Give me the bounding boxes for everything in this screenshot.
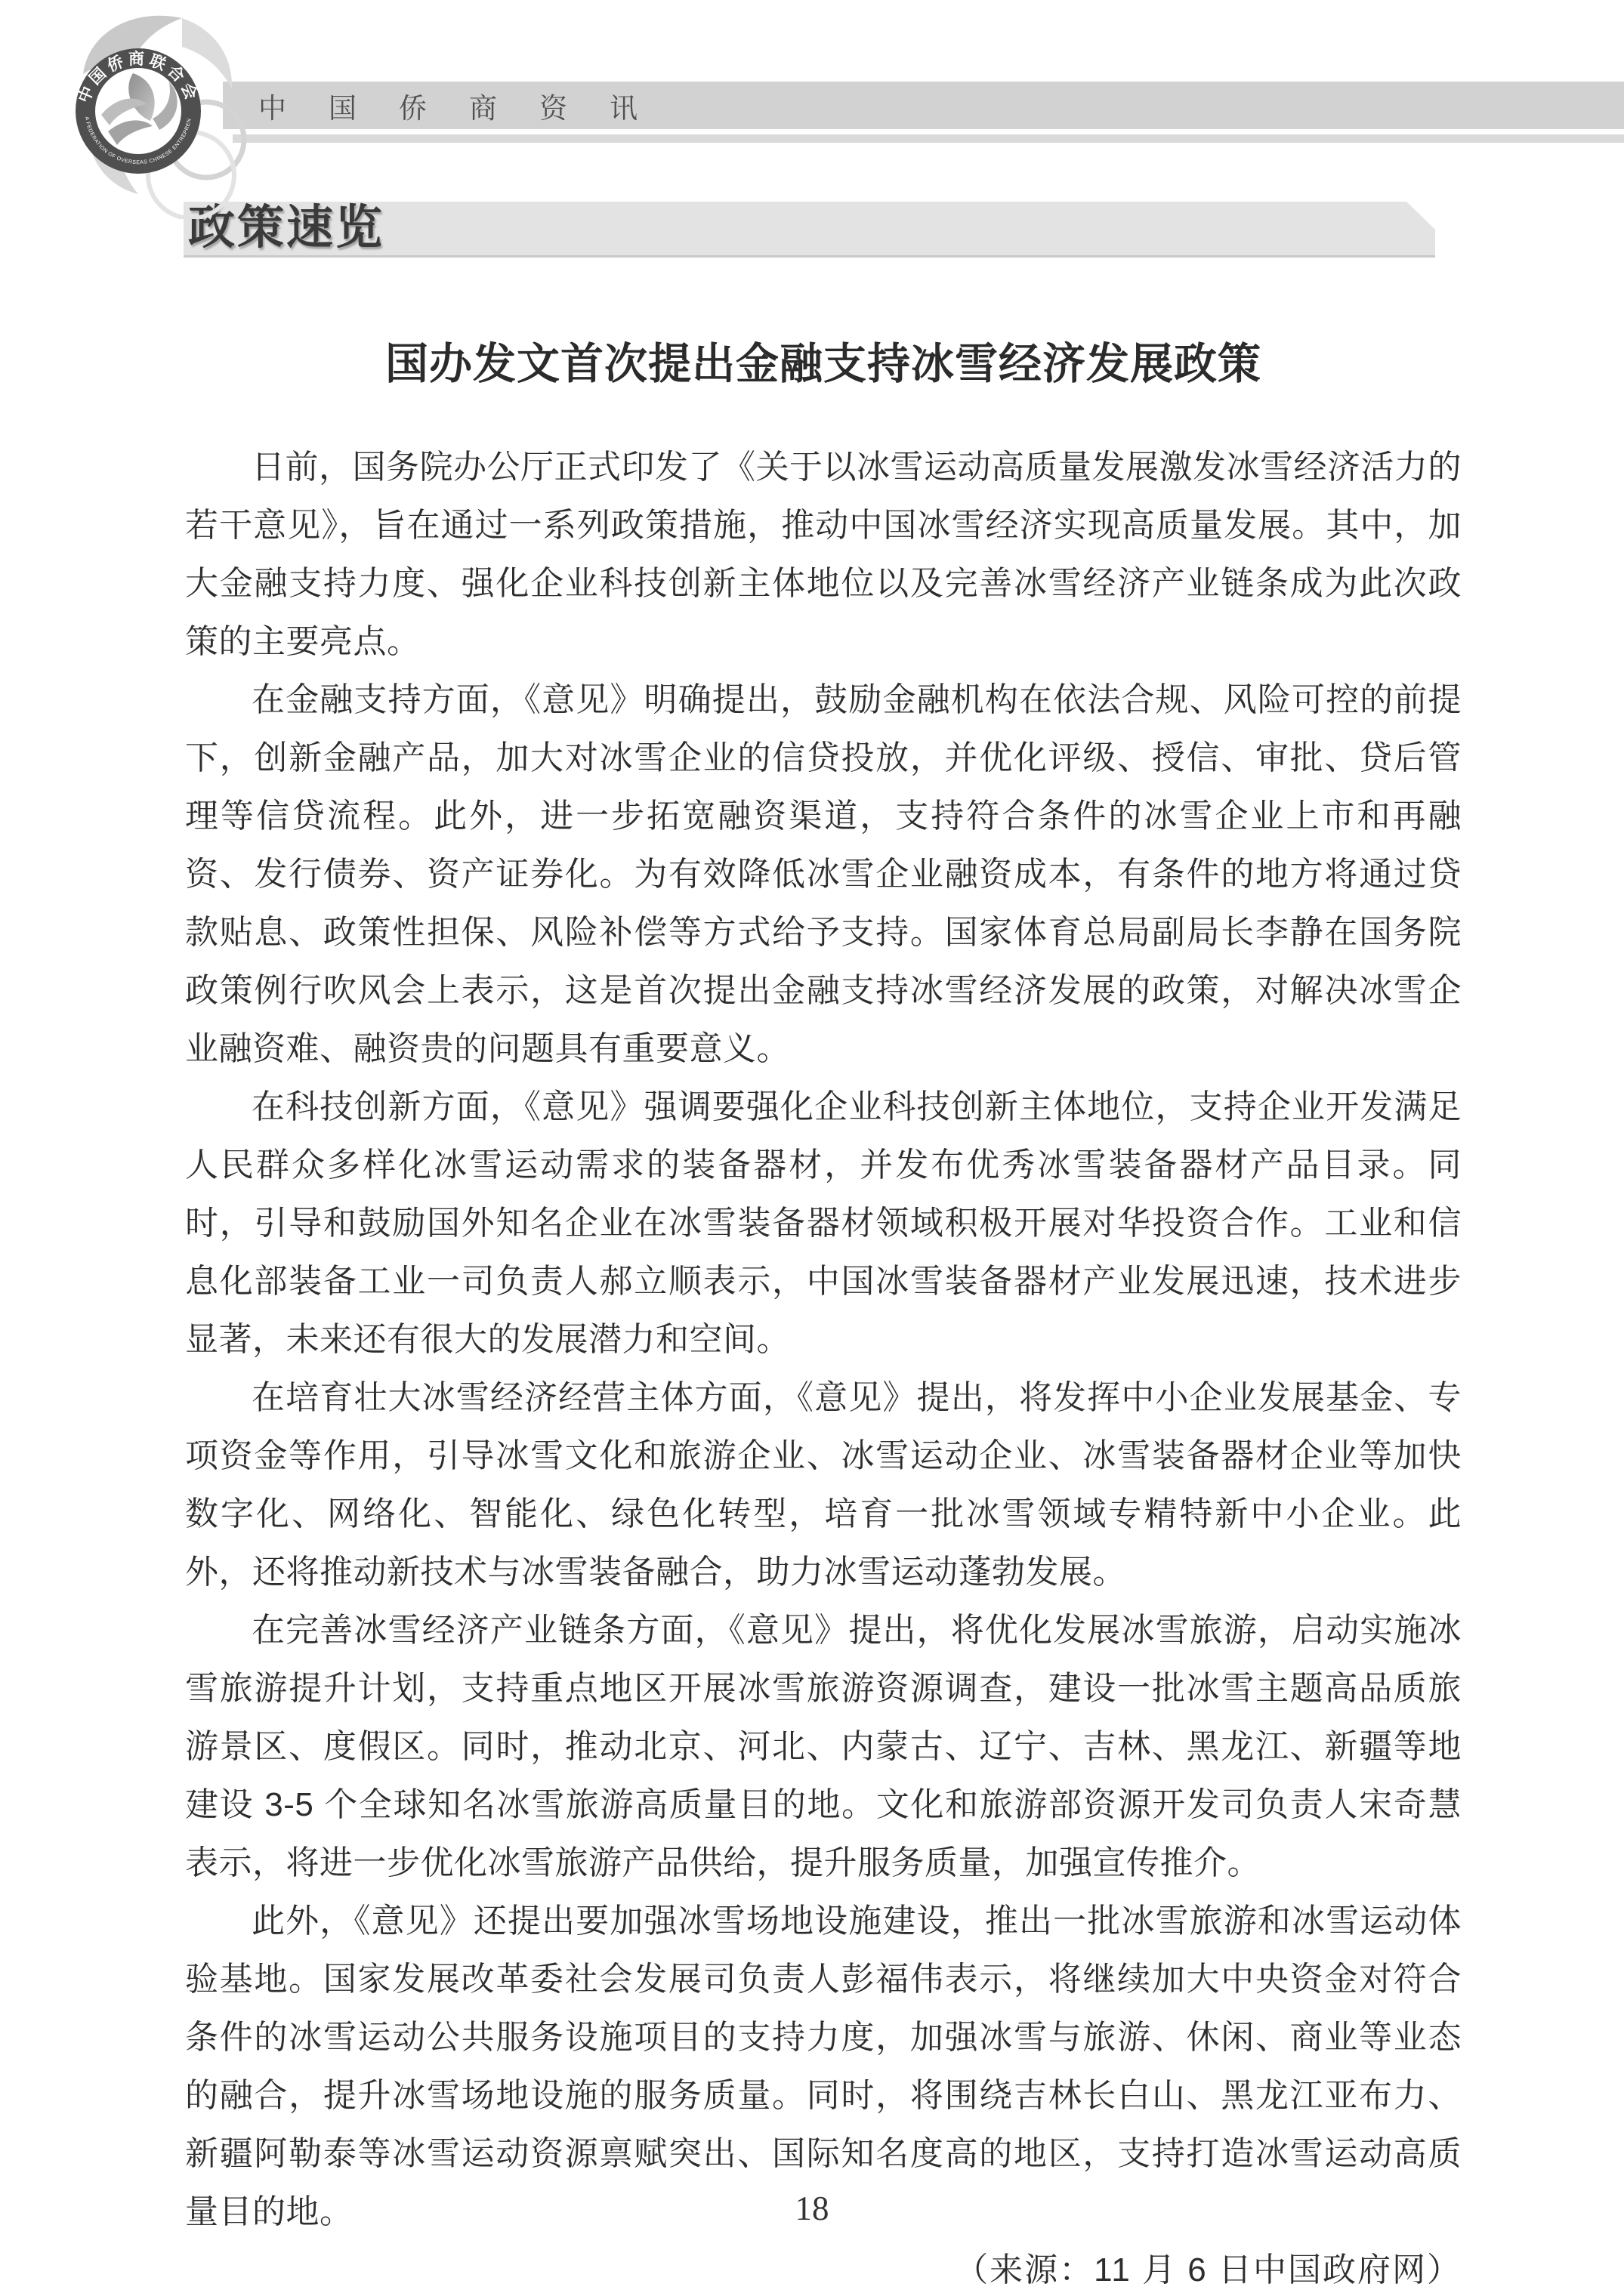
section-banner: 政策速览 xyxy=(184,202,1435,255)
paragraph-4: 在培育壮大冰雪经济经营主体方面，《意见》提出，将发挥中小企业发展基金、专项资金等… xyxy=(185,1369,1462,1601)
paragraph-2: 在金融支持方面，《意见》明确提出，鼓励金融机构在依法合规、风险可控的前提下，创新… xyxy=(185,671,1462,1078)
article-body: 日前，国务院办公厅正式印发了《关于以冰雪运动高质量发展激发冰雪经济活力的若干意见… xyxy=(185,438,1462,2293)
source-line: （来源：11 月 6 日中国政府网） xyxy=(185,2241,1462,2293)
header-band-thin xyxy=(233,134,1624,143)
page-number: 18 xyxy=(0,2189,1624,2228)
paragraph-1: 日前，国务院办公厅正式印发了《关于以冰雪运动高质量发展激发冰雪经济活力的若干意见… xyxy=(185,438,1462,671)
section-banner-underline xyxy=(184,255,1435,258)
newsletter-title: 中国侨商资讯 xyxy=(258,82,680,129)
federation-logo-icon: 中国侨商联合会 CHINA FEDERATION OF OVERSEAS CHI… xyxy=(42,0,291,219)
paragraph-5: 在完善冰雪经济产业链条方面，《意见》提出，将优化发展冰雪旅游，启动实施冰雪旅游提… xyxy=(185,1601,1462,1892)
article-title: 国办发文首次提出金融支持冰雪经济发展政策 xyxy=(185,338,1462,390)
article: 国办发文首次提出金融支持冰雪经济发展政策 日前，国务院办公厅正式印发了《关于以冰… xyxy=(185,338,1462,2293)
paragraph-3: 在科技创新方面，《意见》强调要强化企业科技创新主体地位，支持企业开发满足人民群众… xyxy=(185,1078,1462,1369)
page: 中国侨商资讯 中国侨商联合会 xyxy=(0,0,1624,2293)
